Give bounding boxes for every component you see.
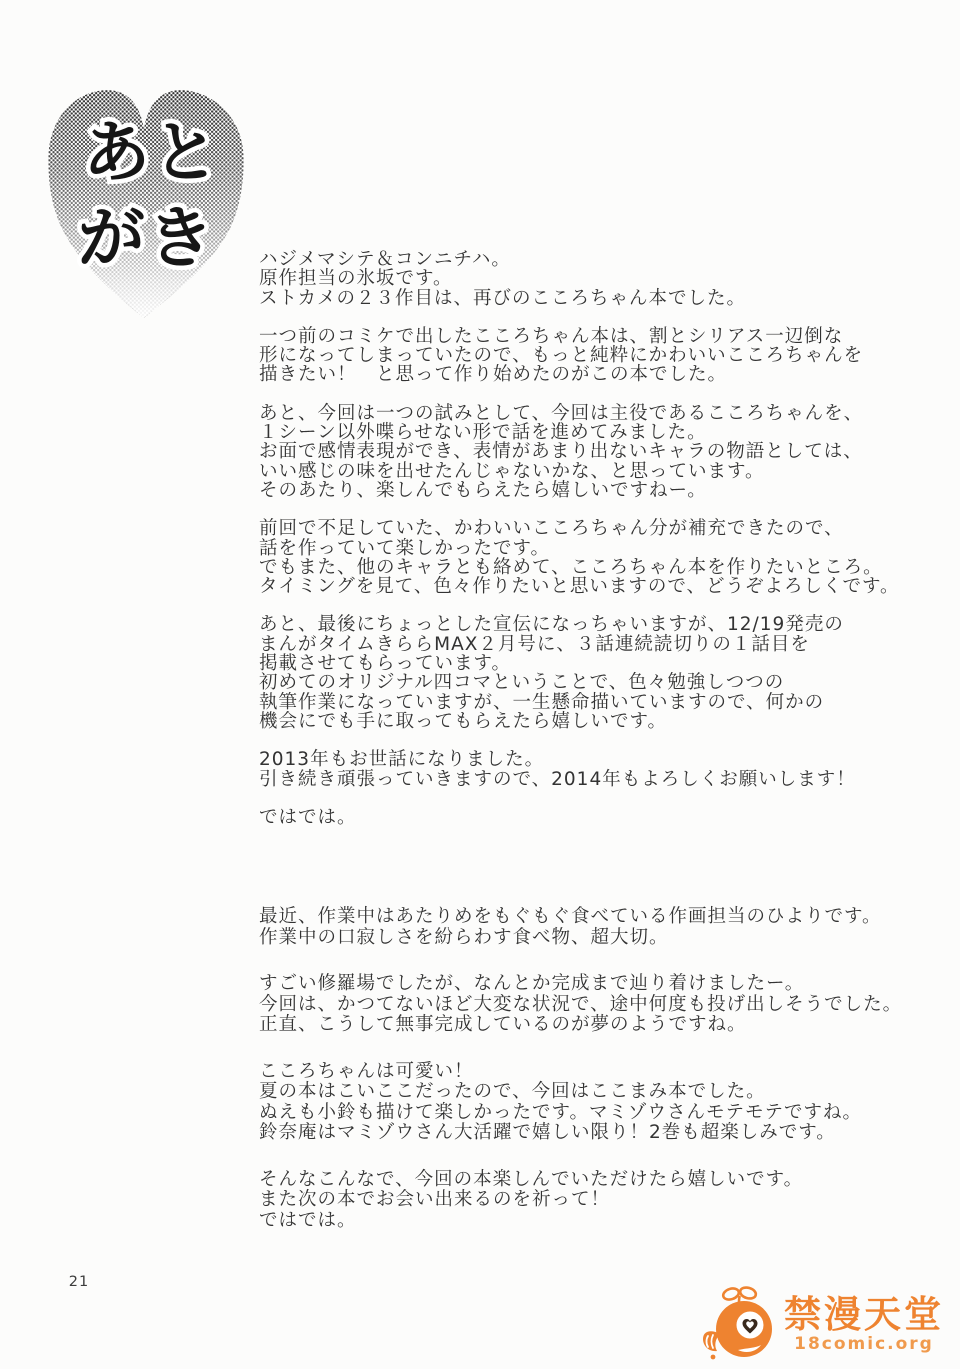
watermark-site-url: 18comic.org [794, 1335, 934, 1354]
paragraph: こころちゃんは可愛い！夏の本はこいここだったので、今回はここまみ本でした。ぬえも… [259, 1062, 931, 1144]
text-line: １シーン以外喋らせない形で話を進めてみました。 [259, 423, 931, 442]
heart-title-line2: がき [78, 199, 216, 277]
text-line: 正直、こうして無事完成しているのが夢のようですね。 [259, 1015, 931, 1036]
paragraph: 一つ前のコミケで出したこころちゃん本は、割とシリアス一辺倒な形になってしまってい… [259, 327, 931, 385]
text-line: でもまた、他のキャラとも絡めて、こころちゃん本を作りたいところ。 [259, 558, 931, 577]
text-line: 初めてのオリジナル四コマということで、色々勉強しつつの [259, 673, 931, 692]
paragraph: 2013年もお世話になりました。引き続き頑張っていきますので、2014年もよろし… [259, 750, 931, 789]
text-line: すごい修羅場でしたが、なんとか完成まで辿り着けましたー。 [259, 974, 931, 995]
text-line: ではでは。 [259, 1211, 931, 1232]
page-number: 21 [64, 1274, 94, 1290]
paragraph: ではでは。 [259, 808, 931, 827]
text-line: 夏の本はこいここだったので、今回はここまみ本でした。 [259, 1082, 931, 1103]
text-line: 今回は、かつてないほど大変な状況で、途中何度も投げ出しそうでした。 [259, 995, 931, 1016]
artist-hiyori-notes: 最近、作業中はあたりめをもぐもぐ食べている作画担当のひよりです。作業中の口寂しさ… [259, 907, 931, 1231]
watermark-site-name: 禁漫天堂 [784, 1295, 944, 1335]
text-line: 引き続き頑張っていきますので、2014年もよろしくお願いします！ [259, 770, 931, 789]
paragraph: そんなこんなで、今回の本楽しんでいただけたら嬉しいです。また次の本でお会い出来る… [259, 1170, 931, 1232]
text-line: 2013年もお世話になりました。 [259, 750, 931, 769]
heart-title-line1: あと [83, 114, 221, 192]
paragraph: 最近、作業中はあたりめをもぐもぐ食べている作画担当のひよりです。作業中の口寂しさ… [259, 907, 931, 948]
text-line: 描きたい！ と思って作り始めたのがこの本でした。 [259, 365, 931, 384]
text-line: 執筆作業になっていますが、一生懸命描いていますので、何かの [259, 693, 931, 712]
text-line: そんなこんなで、今回の本楽しんでいただけたら嬉しいです。 [259, 1170, 931, 1191]
text-line: 前回で不足していた、かわいいこころちゃん分が補充できたので、 [259, 519, 931, 538]
story-author-hisaka-notes: ハジメマシテ＆コンニチハ。原作担当の氷坂です。ストカメの２３作目は、再びのこころ… [259, 250, 931, 827]
text-line: 鈴奈庵はマミゾウさん大活躍で嬉しい限り！2巻も超楽しみです。 [259, 1123, 931, 1144]
text-line: 形になってしまっていたので、もっと純粋にかわいいこころちゃんを [259, 346, 931, 365]
text-line: あと、最後にちょっとした宣伝になっちゃいますが、12/19発売の [259, 615, 931, 634]
text-line: あと、今回は一つの試みとして、今回は主役であるこころちゃんを、 [259, 404, 931, 423]
afterword-text: ハジメマシテ＆コンニチハ。原作担当の氷坂です。ストカメの２３作目は、再びのこころ… [259, 250, 931, 1231]
paragraph: すごい修羅場でしたが、なんとか完成まで辿り着けましたー。今回は、かつてないほど大… [259, 974, 931, 1036]
text-line: ストカメの２３作目は、再びのこころちゃん本でした。 [259, 289, 931, 308]
text-line: ぬえも小鈴も描けて楽しかったです。マミゾウさんモテモテですね。 [259, 1103, 931, 1124]
text-line: いい感じの味を出せたんじゃないかな、と思っています。 [259, 462, 931, 481]
paragraph: ハジメマシテ＆コンニチハ。原作担当の氷坂です。ストカメの２３作目は、再びのこころ… [259, 250, 931, 308]
paragraph: あと、最後にちょっとした宣伝になっちゃいますが、12/19発売のまんがタイムきら… [259, 615, 931, 731]
text-line: 掲載させてもらっています。 [259, 654, 931, 673]
text-line: 作業中の口寂しさを紛らわす食べ物、超大切。 [259, 928, 931, 949]
text-line: 最近、作業中はあたりめをもぐもぐ食べている作画担当のひよりです。 [259, 907, 931, 928]
text-line: 一つ前のコミケで出したこころちゃん本は、割とシリアス一辺倒な [259, 327, 931, 346]
halftone-heart-icon: あと がき [44, 82, 248, 324]
text-line: ハジメマシテ＆コンニチハ。 [259, 250, 931, 269]
text-line: タイミングを見て、色々作りたいと思いますので、どうぞよろしくです。 [259, 577, 931, 596]
watermark-text-block: 禁漫天堂 18comic.org [784, 1295, 944, 1354]
text-line: 話を作っていて楽しかったです。 [259, 539, 931, 558]
paragraph: あと、今回は一つの試みとして、今回は主役であるこころちゃんを、１シーン以外喋らせ… [259, 404, 931, 500]
fish-mascot-icon [700, 1284, 782, 1364]
text-line: まんがタイムきららMAX２月号に、３話連続読切りの１話目を [259, 635, 931, 654]
paragraph: 前回で不足していた、かわいいこころちゃん分が補充できたので、話を作っていて楽しか… [259, 519, 931, 596]
text-line: 機会にでも手に取ってもらえたら嬉しいです。 [259, 712, 931, 731]
text-line: ではでは。 [259, 808, 931, 827]
watermark-logo: 禁漫天堂 18comic.org [700, 1284, 944, 1364]
text-line: また次の本でお会い出来るのを祈って！ [259, 1190, 931, 1211]
text-line: こころちゃんは可愛い！ [259, 1062, 931, 1083]
text-line: お面で感情表現ができ、表情があまり出ないキャラの物語としては、 [259, 442, 931, 461]
afterword-heart-badge: あと がき [44, 82, 248, 324]
text-line: 原作担当の氷坂です。 [259, 269, 931, 288]
text-line: そのあたり、楽しんでもらえたら嬉しいですねー。 [259, 481, 931, 500]
